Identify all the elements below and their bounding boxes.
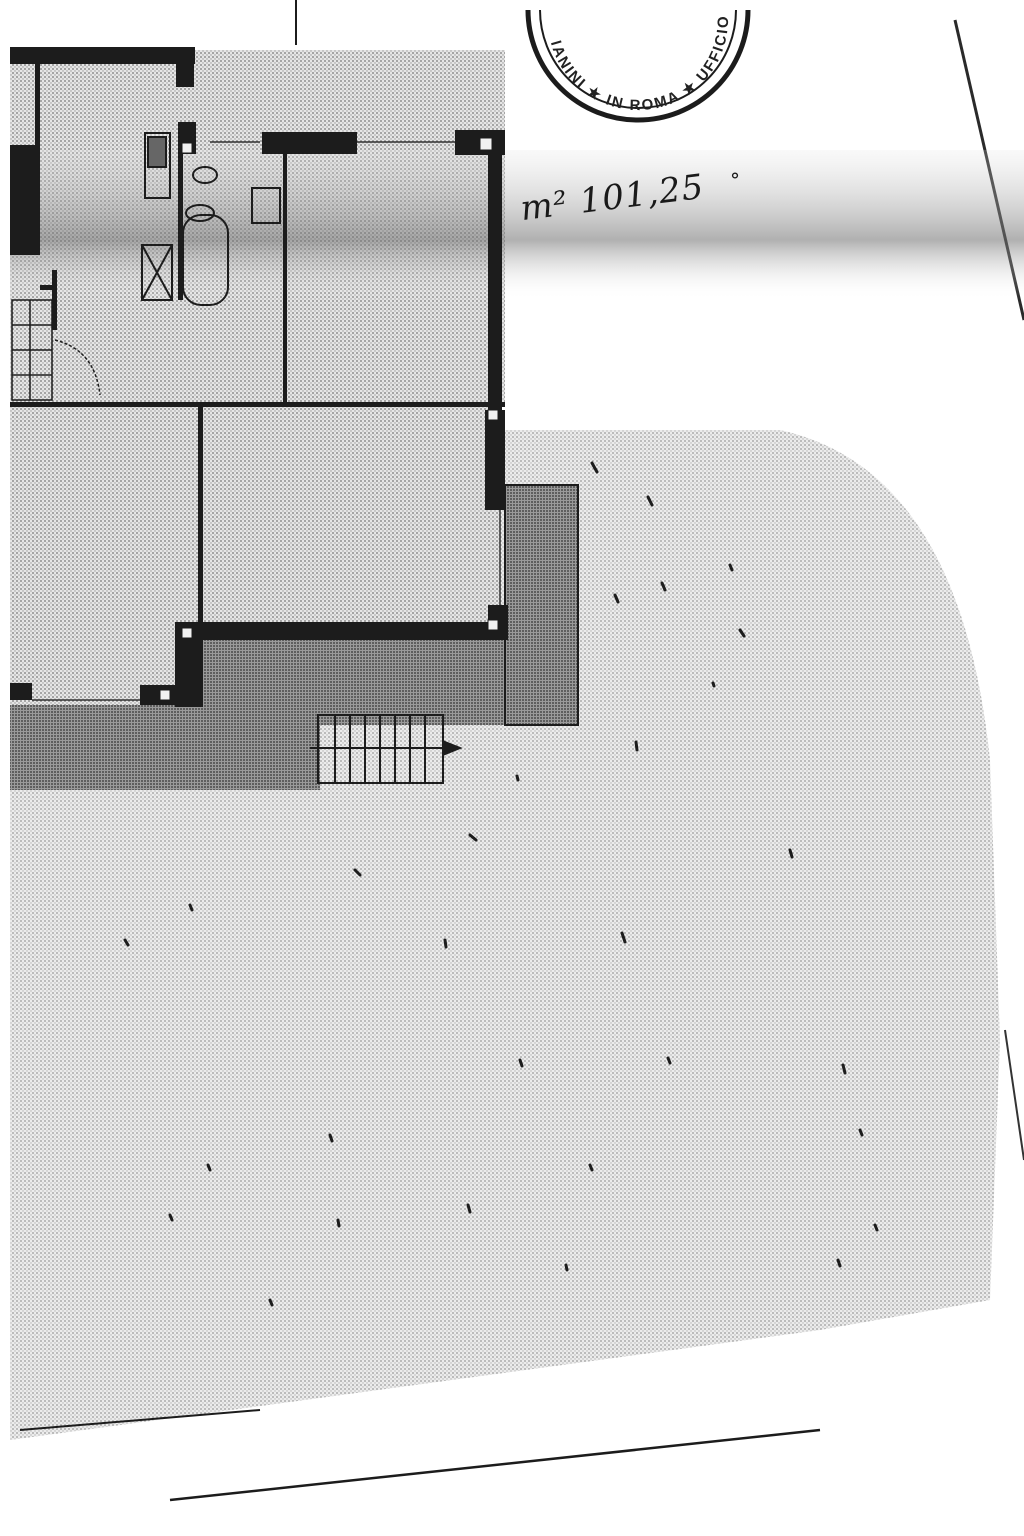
floor-plan-sheet: IANINI ★ IN ROMA ★ UFFICIO: [0, 0, 1024, 1536]
area-annotation-mark: °: [730, 168, 740, 192]
